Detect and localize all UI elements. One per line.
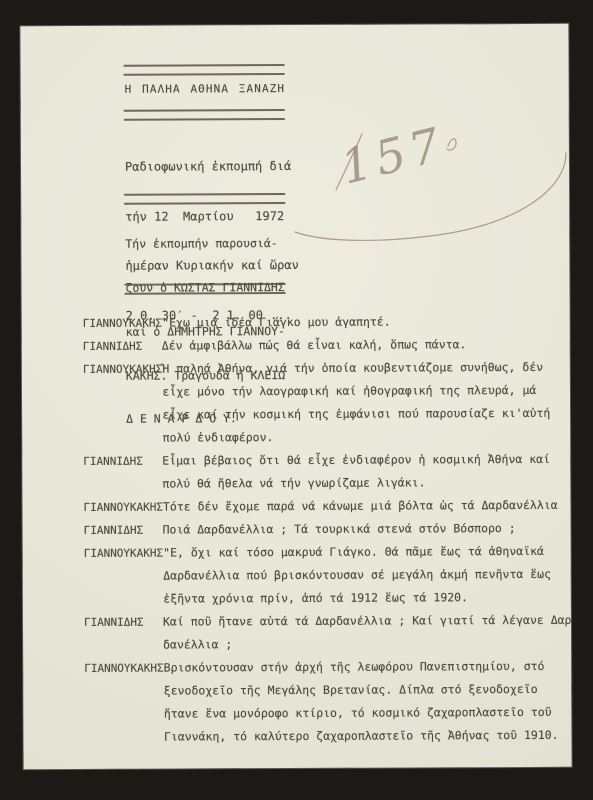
speech-text: "Ε, ὄχι καί τόσο μακρυά Γιάγκο. Θά πᾶμε … xyxy=(163,540,561,611)
speaker-name: ΓΙΑΝΝΙΔΗΣ xyxy=(83,450,162,473)
speech-line: πολύ ἐνδιαφέρον. xyxy=(163,425,561,450)
speech-text: Δέν ἀμφιβάλλω πώς θά εἶναι καλή, ὅπως πά… xyxy=(162,333,560,358)
dialogue-turn: ΓΙΑΝΝΟΥΚΑΚΗΣ"Εχω μιά ἰδέα Γιάγκο μου ἀγα… xyxy=(83,310,560,335)
double-rule-top xyxy=(124,64,285,76)
page-title: Η ΠΑΛΗΑ ΑΘΗΝΑ ΞΑΝΑΖΗ xyxy=(125,82,286,96)
speech-line: εἶχε μόνο τήν λαογραφική καί ἠθογραφική … xyxy=(162,379,560,404)
speech-text: Εἶμαι βέβαιος ὅτι θά εἶχε ἐνδιαφέρον ἡ κ… xyxy=(162,448,560,496)
dialogue-turn: ΓΙΑΝΝΟΥΚΑΚΗΣΒρισκόντουσαν στήν ἀρχή τῆς … xyxy=(84,655,561,749)
speech-line: Εἶμαι βέβαιος ὅτι θά εἶχε ἐνδιαφέρον ἡ κ… xyxy=(162,448,560,473)
speech-line: ἑξῆντα χρόνια πρίν, ἀπό τά 1912 ἕως τά 1… xyxy=(163,586,561,611)
speaker-name: ΓΙΑΝΝΙΔΗΣ xyxy=(84,519,163,542)
speech-line: Τότε δέν ἔχομε παρά νά κάνωμε μιά βόλτα … xyxy=(163,494,561,519)
dialogue-turn: ΓΙΑΝΝΙΔΗΣΠοιά Δαρδανέλλια ; Τά τουρκικά … xyxy=(84,517,561,542)
speech-line: Βρισκόντουσαν στήν ἀρχή τῆς λεωφόρου Παν… xyxy=(164,655,562,680)
speaker-name: ΓΙΑΝΝΟΥΚΑΚΗΣ xyxy=(83,358,163,381)
dialogue-turn: ΓΙΑΝΝΟΥΚΑΚΗΣἩ παληά Ἀθήνα, γιά τήν ὁποία… xyxy=(83,356,560,450)
speech-line: "Εχω μιά ἰδέα Γιάγκο μου ἀγαπητέ. xyxy=(162,310,560,335)
speech-line: δανέλλια ; xyxy=(163,632,561,657)
speech-line: Καί ποῦ ἤτανε αὐτά τά Δαρδανέλλια ; Καί … xyxy=(163,609,561,634)
speech-text: Καί ποῦ ἤτανε αὐτά τά Δαρδανέλλια ; Καί … xyxy=(163,609,561,657)
speech-line: Δαρδανέλλια πού βρισκόντουσαν σέ μεγάλη … xyxy=(163,563,561,588)
speech-line: Δέν ἀμφιβάλλω πώς θά εἶναι καλή, ὅπως πά… xyxy=(162,333,560,358)
speech-line: ξενοδοχεῖο τῆς Μεγάλης Βρετανίας. Δίπλα … xyxy=(164,678,562,703)
speech-text: "Εχω μιά ἰδέα Γιάγκο μου ἀγαπητέ. xyxy=(162,310,560,335)
dialogue-turn: ΓΙΑΝΝΙΔΗΣΔέν ἀμφιβάλλω πώς θά εἶναι καλή… xyxy=(83,333,560,358)
dialogue-turn: ΓΙΑΝΝΟΥΚΑΚΗΣΤότε δέν ἔχομε παρά νά κάνωμ… xyxy=(83,494,560,519)
speech-line: ἤτανε ἕνα μονόροφο κτίριο, τό κοσμικό ζα… xyxy=(164,701,562,726)
double-rule-bottom xyxy=(125,283,286,295)
speech-text: Ἡ παληά Ἀθήνα, γιά τήν ὁποία κουβεντιάζο… xyxy=(162,356,560,450)
document-page: Η ΠΑΛΗΑ ΑΘΗΝΑ ΞΑΝΑΖΗ Ραδιοφωνική ἐκπομπή… xyxy=(20,24,571,769)
double-rule-mid xyxy=(124,193,285,205)
speaker-name: ΓΙΑΝΝΟΥΚΑΚΗΣ xyxy=(84,657,164,680)
speaker-name: ΓΙΑΝΝΟΥΚΑΚΗΣ xyxy=(83,312,163,335)
speech-line: Ποιά Δαρδανέλλια ; Τά τουρκικά στενά στό… xyxy=(163,517,561,542)
dialogue-turn: ΓΙΑΝΝΟΥΚΑΚΗΣ"Ε, ὄχι καί τόσο μακρυά Γιάγ… xyxy=(84,540,561,611)
speaker-name: ΓΙΑΝΝΟΥΚΑΚΗΣ xyxy=(84,542,164,565)
dialogue-script: ΓΙΑΝΝΟΥΚΑΚΗΣ"Εχω μιά ἰδέα Γιάγκο μου ἀγα… xyxy=(83,310,562,749)
double-rule-under-title xyxy=(124,109,285,121)
speech-line: πολύ θά ἤθελα νά τήν γνωρίζαμε λιγάκι. xyxy=(162,471,560,496)
speaker-name: ΓΙΑΝΝΙΔΗΣ xyxy=(84,611,163,634)
dialogue-turn: ΓΙΑΝΝΙΔΗΣΕἶμαι βέβαιος ὅτι θά εἶχε ἐνδια… xyxy=(83,448,560,496)
broadcast-line: Ραδιοφωνική ἐκπομπή διά xyxy=(125,158,298,175)
speaker-name: ΓΙΑΝΝΟΥΚΑΚΗΣ xyxy=(83,496,163,519)
speech-line: "Ε, ὄχι καί τόσο μακρυά Γιάγκο. Θά πᾶμε … xyxy=(163,540,561,565)
speech-line: Ἡ παληά Ἀθήνα, γιά τήν ὁποία κουβεντιάζο… xyxy=(162,356,560,381)
speech-line: Γιαννάκη, τό καλύτερο ζαχαροπλαστεῖο τῆς… xyxy=(164,724,562,749)
dialogue-turn: ΓΙΑΝΝΙΔΗΣΚαί ποῦ ἤτανε αὐτά τά Δαρδανέλλ… xyxy=(84,609,561,657)
presenter-line: Τήν ἐκπομπήν παρουσιά- xyxy=(125,236,284,251)
speech-text: Τότε δέν ἔχομε παρά νά κάνωμε μιά βόλτα … xyxy=(163,494,561,519)
speech-text: Βρισκόντουσαν στήν ἀρχή τῆς λεωφόρου Παν… xyxy=(164,655,562,749)
speech-line: εἶχε καί τήν κοσμική της ἐμφάνισι πού πα… xyxy=(163,402,561,427)
speech-text: Ποιά Δαρδανέλλια ; Τά τουρκικά στενά στό… xyxy=(163,517,561,542)
speaker-name: ΓΙΑΝΝΙΔΗΣ xyxy=(83,335,162,358)
